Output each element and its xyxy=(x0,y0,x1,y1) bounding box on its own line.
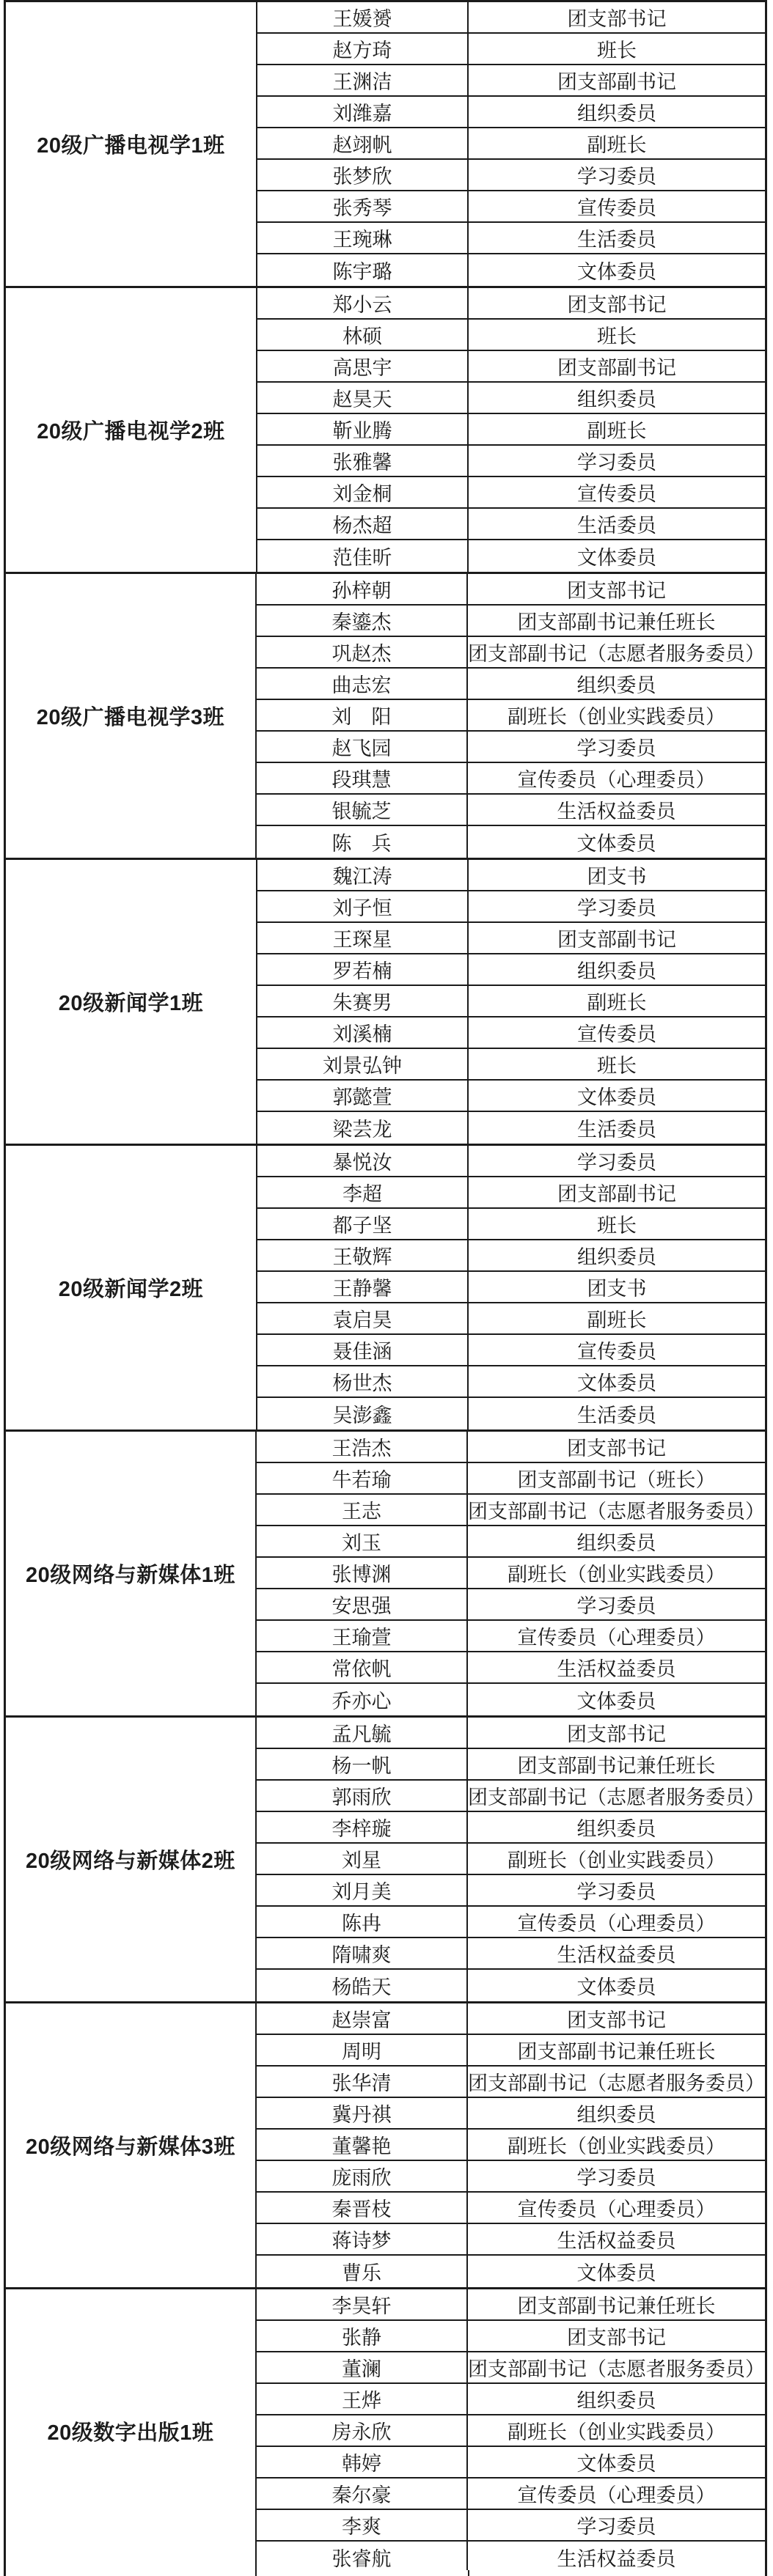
role-cell: 团支部书记 xyxy=(469,2,765,32)
role-cell: 组织委员 xyxy=(469,1240,765,1270)
student-name-cell: 陈 兵 xyxy=(257,826,468,858)
table-row: 魏江涛 团支书 xyxy=(257,860,765,891)
student-name-cell: 韩婷 xyxy=(257,2447,468,2477)
table-row: 张雅馨 学习委员 xyxy=(257,446,765,477)
role-cell: 组织委员 xyxy=(468,2098,765,2128)
student-name-cell: 李昊轩 xyxy=(257,2289,468,2319)
table-row: 赵翊帆 副班长 xyxy=(257,128,765,160)
role-cell: 生活委员 xyxy=(469,509,765,539)
table-row: 曹乐 文体委员 xyxy=(257,2256,765,2287)
student-name-cell: 范佳昕 xyxy=(257,540,469,572)
table-row: 常依帆 生活权益委员 xyxy=(257,1652,765,1684)
table-row: 朱赛男 副班长 xyxy=(257,986,765,1017)
class-name-cell: 20级网络与新媒体1班 xyxy=(6,1432,257,1715)
member-rows: 暴悦汝 学习委员 李超 团支部副书记 都子坚 班长 王敬辉 组织委员 王静馨 团… xyxy=(257,1146,765,1429)
role-cell: 团支部书记 xyxy=(469,288,765,318)
table-row: 李爽 学习委员 xyxy=(257,2510,765,2542)
role-cell: 宣传委员（心理委员） xyxy=(468,763,765,793)
table-row: 高思宇 团支部副书记 xyxy=(257,351,765,383)
role-cell: 团支书 xyxy=(469,1272,765,1302)
student-name-cell: 陈冉 xyxy=(257,1907,468,1937)
role-cell: 组织委员 xyxy=(468,2384,765,2414)
table-row: 孟凡毓 团支部书记 xyxy=(257,1718,765,1749)
column-divider-stub xyxy=(255,2570,257,2576)
role-cell: 团支部书记 xyxy=(468,574,765,604)
table-row: 陈 兵 文体委员 xyxy=(257,826,765,858)
student-name-cell: 牛若瑜 xyxy=(257,1463,468,1493)
table-row: 王瑜萱 宣传委员（心理委员） xyxy=(257,1621,765,1652)
role-cell: 团支部副书记（志愿者服务委员） xyxy=(468,2352,765,2382)
student-name-cell: 曲志宏 xyxy=(257,669,468,699)
student-name-cell: 王志 xyxy=(257,1495,468,1525)
student-name-cell: 郑小云 xyxy=(257,288,469,318)
role-cell: 团支部副书记兼任班长 xyxy=(468,1749,765,1779)
table-row: 段琪慧 宣传委员（心理委员） xyxy=(257,763,765,795)
table-row: 秦尔豪 宣传委员（心理委员） xyxy=(257,2479,765,2510)
student-name-cell: 赵昊天 xyxy=(257,383,469,413)
table-row: 聂佳涵 宣传委员 xyxy=(257,1335,765,1366)
role-cell: 班长 xyxy=(469,34,765,64)
table-row: 梁芸龙 生活委员 xyxy=(257,1112,765,1144)
table-row: 曲志宏 组织委员 xyxy=(257,669,765,700)
table-row: 张静 团支部书记 xyxy=(257,2321,765,2352)
role-cell: 团支部副书记 xyxy=(469,65,765,95)
role-cell: 副班长（创业实践委员） xyxy=(468,2130,765,2160)
table-row: 牛若瑜 团支部副书记（班长） xyxy=(257,1463,765,1495)
table-row: 刘溪楠 宣传委员 xyxy=(257,1017,765,1049)
student-name-cell: 刘潍嘉 xyxy=(257,97,469,127)
table-row: 赵昊天 组织委员 xyxy=(257,383,765,414)
table-row: 林硕 班长 xyxy=(257,320,765,351)
role-cell: 团支部副书记兼任班长 xyxy=(468,2289,765,2319)
table-row: 李昊轩 团支部副书记兼任班长 xyxy=(257,2289,765,2321)
student-name-cell: 秦鎏杰 xyxy=(257,606,468,636)
class-group: 20级新闻学1班 魏江涛 团支书 刘子恒 学习委员 王琛星 团支部副书记 罗若楠… xyxy=(6,860,765,1146)
role-cell: 学习委员 xyxy=(468,1589,765,1619)
table-row: 刘潍嘉 组织委员 xyxy=(257,97,765,128)
student-name-cell: 赵崇富 xyxy=(257,2003,468,2034)
table-row: 蒋诗梦 生活权益委员 xyxy=(257,2224,765,2256)
table-row: 隋啸爽 生活权益委员 xyxy=(257,1938,765,1970)
role-cell: 宣传委员（心理委员） xyxy=(468,2479,765,2509)
student-name-cell: 张秀琴 xyxy=(257,191,469,221)
table-row: 秦晋枝 宣传委员（心理委员） xyxy=(257,2193,765,2224)
role-cell: 副班长（创业实践委员） xyxy=(468,1558,765,1588)
table-row: 张博渊 副班长（创业实践委员） xyxy=(257,1558,765,1589)
student-name-cell: 杨世杰 xyxy=(257,1366,469,1396)
table-row: 赵方琦 班长 xyxy=(257,34,765,65)
role-cell: 组织委员 xyxy=(469,954,765,985)
student-name-cell: 秦尔豪 xyxy=(257,2479,468,2509)
table-row: 孙梓朝 团支部书记 xyxy=(257,574,765,606)
table-row: 秦鎏杰 团支部副书记兼任班长 xyxy=(257,606,765,637)
student-name-cell: 张博渊 xyxy=(257,1558,468,1588)
role-cell: 文体委员 xyxy=(468,2256,765,2287)
table-row: 李梓璇 组织委员 xyxy=(257,1812,765,1844)
role-cell: 学习委员 xyxy=(468,2161,765,2191)
student-name-cell: 杨杰超 xyxy=(257,509,469,539)
role-cell: 团支部副书记（志愿者服务委员） xyxy=(468,1495,765,1525)
table-row: 王渊洁 团支部副书记 xyxy=(257,65,765,97)
role-cell: 生活权益委员 xyxy=(468,2224,765,2254)
student-name-cell: 庞雨欣 xyxy=(257,2161,468,2191)
role-cell: 生活委员 xyxy=(469,223,765,253)
student-name-cell: 王浩杰 xyxy=(257,1432,468,1462)
table-row: 巩赵杰 团支部副书记（志愿者服务委员） xyxy=(257,637,765,669)
student-name-cell: 房永欣 xyxy=(257,2415,468,2446)
role-cell: 宣传委员 xyxy=(469,1017,765,1048)
student-name-cell: 靳业腾 xyxy=(257,414,469,444)
class-officer-roster-page: 20级广播电视学1班 王媛赟 团支部书记 赵方琦 班长 王渊洁 团支部副书记 刘… xyxy=(0,0,773,2576)
class-name-cell: 20级新闻学1班 xyxy=(6,860,257,1144)
role-cell: 组织委员 xyxy=(468,1812,765,1842)
role-cell: 宣传委员 xyxy=(469,1335,765,1365)
role-cell: 副班长 xyxy=(469,414,765,444)
table-row: 王琛星 团支部副书记 xyxy=(257,923,765,954)
role-cell: 生活委员 xyxy=(469,1112,765,1144)
role-cell: 团支部副书记 xyxy=(469,923,765,953)
student-name-cell: 冀丹祺 xyxy=(257,2098,468,2128)
class-group: 20级广播电视学1班 王媛赟 团支部书记 赵方琦 班长 王渊洁 团支部副书记 刘… xyxy=(6,2,765,288)
role-cell: 副班长（创业实践委员） xyxy=(468,1844,765,1874)
class-name-cell: 20级广播电视学2班 xyxy=(6,288,257,572)
role-cell: 副班长 xyxy=(469,986,765,1016)
role-cell: 文体委员 xyxy=(468,2447,765,2477)
role-cell: 组织委员 xyxy=(469,383,765,413)
role-cell: 学习委员 xyxy=(469,1146,765,1176)
table-row: 张梦欣 学习委员 xyxy=(257,160,765,191)
role-cell: 团支部副书记兼任班长 xyxy=(468,2035,765,2065)
table-row: 袁启昊 副班长 xyxy=(257,1303,765,1335)
student-name-cell: 赵飞园 xyxy=(257,732,468,762)
class-group: 20级广播电视学2班 郑小云 团支部书记 林硕 班长 高思宇 团支部副书记 赵昊… xyxy=(6,288,765,574)
role-cell: 班长 xyxy=(469,320,765,350)
student-name-cell: 秦晋枝 xyxy=(257,2193,468,2223)
table-row: 刘子恒 学习委员 xyxy=(257,891,765,923)
student-name-cell: 董馨艳 xyxy=(257,2130,468,2160)
student-name-cell: 魏江涛 xyxy=(257,860,469,890)
member-rows: 孙梓朝 团支部书记 秦鎏杰 团支部副书记兼任班长 巩赵杰 团支部副书记（志愿者服… xyxy=(257,574,765,858)
student-name-cell: 郭懿萱 xyxy=(257,1081,469,1111)
role-cell: 团支部副书记兼任班长 xyxy=(468,606,765,636)
role-cell: 团支部副书记 xyxy=(469,351,765,381)
table-row: 王媛赟 团支部书记 xyxy=(257,2,765,34)
table-row: 杨杰超 生活委员 xyxy=(257,509,765,540)
student-name-cell: 赵翊帆 xyxy=(257,128,469,158)
class-name-cell: 20级广播电视学3班 xyxy=(6,574,257,858)
table-row: 张秀琴 宣传委员 xyxy=(257,191,765,223)
student-name-cell: 刘溪楠 xyxy=(257,1017,469,1048)
table-row: 刘金桐 宣传委员 xyxy=(257,477,765,509)
table-row: 周明 团支部副书记兼任班长 xyxy=(257,2035,765,2067)
student-name-cell: 曹乐 xyxy=(257,2256,468,2287)
student-name-cell: 罗若楠 xyxy=(257,954,469,985)
student-name-cell: 杨皓天 xyxy=(257,1970,468,2001)
table-row: 乔亦心 文体委员 xyxy=(257,1684,765,1715)
table-row: 郭懿萱 文体委员 xyxy=(257,1081,765,1112)
table-row: 李超 团支部副书记 xyxy=(257,1177,765,1209)
role-cell: 团支书 xyxy=(469,860,765,890)
role-cell: 副班长（创业实践委员） xyxy=(468,2415,765,2446)
member-rows: 李昊轩 团支部副书记兼任班长 张静 团支部书记 董澜 团支部副书记（志愿者服务委… xyxy=(257,2289,765,2573)
student-name-cell: 孟凡毓 xyxy=(257,1718,468,1748)
class-group: 20级网络与新媒体2班 孟凡毓 团支部书记 杨一帆 团支部副书记兼任班长 郭雨欣… xyxy=(6,1718,765,2003)
role-cell: 文体委员 xyxy=(469,254,765,286)
student-name-cell: 周明 xyxy=(257,2035,468,2065)
student-name-cell: 刘 阳 xyxy=(257,700,468,730)
member-rows: 王媛赟 团支部书记 赵方琦 班长 王渊洁 团支部副书记 刘潍嘉 组织委员 赵翊帆… xyxy=(257,2,765,286)
class-group: 20级新闻学2班 暴悦汝 学习委员 李超 团支部副书记 都子坚 班长 王敬辉 组… xyxy=(6,1146,765,1432)
student-name-cell: 杨一帆 xyxy=(257,1749,468,1779)
table-row: 吴澎鑫 生活委员 xyxy=(257,1398,765,1429)
student-name-cell: 刘玉 xyxy=(257,1526,468,1556)
column-divider-stub xyxy=(468,2570,469,2576)
role-cell: 生活委员 xyxy=(469,1398,765,1429)
role-cell: 文体委员 xyxy=(469,1081,765,1111)
table-row: 杨皓天 文体委员 xyxy=(257,1970,765,2001)
table-row: 杨世杰 文体委员 xyxy=(257,1366,765,1398)
role-cell: 副班长（创业实践委员） xyxy=(468,700,765,730)
student-name-cell: 常依帆 xyxy=(257,1652,468,1682)
student-name-cell: 赵方琦 xyxy=(257,34,469,64)
role-cell: 学习委员 xyxy=(469,446,765,476)
class-name-cell: 20级新闻学2班 xyxy=(6,1146,257,1429)
student-name-cell: 梁芸龙 xyxy=(257,1112,469,1144)
student-name-cell: 张睿航 xyxy=(257,2542,468,2573)
student-name-cell: 张静 xyxy=(257,2321,468,2351)
role-cell: 文体委员 xyxy=(468,1970,765,2001)
table-row: 房永欣 副班长（创业实践委员） xyxy=(257,2415,765,2447)
student-name-cell: 刘金桐 xyxy=(257,477,469,507)
role-cell: 团支部书记 xyxy=(468,1432,765,1462)
student-name-cell: 郭雨欣 xyxy=(257,1781,468,1811)
student-name-cell: 巩赵杰 xyxy=(257,637,468,667)
student-name-cell: 林硕 xyxy=(257,320,469,350)
table-row: 安思强 学习委员 xyxy=(257,1589,765,1621)
role-cell: 组织委员 xyxy=(468,1526,765,1556)
table-row: 罗若楠 组织委员 xyxy=(257,954,765,986)
table-row: 王琬琳 生活委员 xyxy=(257,223,765,254)
role-cell: 团支部书记 xyxy=(468,1718,765,1748)
class-group: 20级网络与新媒体1班 王浩杰 团支部书记 牛若瑜 团支部副书记（班长） 王志 … xyxy=(6,1432,765,1718)
role-cell: 文体委员 xyxy=(468,1684,765,1715)
student-name-cell: 高思宇 xyxy=(257,351,469,381)
student-name-cell: 吴澎鑫 xyxy=(257,1398,469,1429)
member-rows: 郑小云 团支部书记 林硕 班长 高思宇 团支部副书记 赵昊天 组织委员 靳业腾 … xyxy=(257,288,765,572)
role-cell: 团支部副书记 xyxy=(469,1177,765,1207)
class-group: 20级网络与新媒体3班 赵崇富 团支部书记 周明 团支部副书记兼任班长 张华清 … xyxy=(6,2003,765,2289)
student-name-cell: 王渊洁 xyxy=(257,65,469,95)
table-row: 郭雨欣 团支部副书记（志愿者服务委员） xyxy=(257,1781,765,1812)
table-row: 杨一帆 团支部副书记兼任班长 xyxy=(257,1749,765,1781)
role-cell: 团支部书记 xyxy=(468,2003,765,2034)
table-row: 王烨 组织委员 xyxy=(257,2384,765,2415)
role-cell: 团支部副书记（班长） xyxy=(468,1463,765,1493)
role-cell: 文体委员 xyxy=(469,1366,765,1396)
table-row: 王志 团支部副书记（志愿者服务委员） xyxy=(257,1495,765,1526)
role-cell: 副班长 xyxy=(469,128,765,158)
class-name-cell: 20级数字出版1班 xyxy=(6,2289,257,2573)
table-row: 刘 阳 副班长（创业实践委员） xyxy=(257,700,765,732)
student-name-cell: 王琬琳 xyxy=(257,223,469,253)
student-name-cell: 李超 xyxy=(257,1177,469,1207)
table-row: 刘星 副班长（创业实践委员） xyxy=(257,1844,765,1875)
role-cell: 宣传委员（心理委员） xyxy=(468,2193,765,2223)
role-cell: 生活权益委员 xyxy=(468,2542,765,2573)
table-row: 王敬辉 组织委员 xyxy=(257,1240,765,1272)
role-cell: 组织委员 xyxy=(469,97,765,127)
role-cell: 组织委员 xyxy=(468,669,765,699)
table-row: 赵飞园 学习委员 xyxy=(257,732,765,763)
table-row: 张华清 团支部副书记（志愿者服务委员） xyxy=(257,2067,765,2098)
student-name-cell: 刘星 xyxy=(257,1844,468,1874)
student-name-cell: 刘月美 xyxy=(257,1875,468,1905)
student-name-cell: 王静馨 xyxy=(257,1272,469,1302)
role-cell: 学习委员 xyxy=(469,891,765,921)
table-row: 陈冉 宣传委员（心理委员） xyxy=(257,1907,765,1938)
student-name-cell: 朱赛男 xyxy=(257,986,469,1016)
table-row: 暴悦汝 学习委员 xyxy=(257,1146,765,1177)
class-name-cell: 20级网络与新媒体2班 xyxy=(6,1718,257,2001)
student-name-cell: 隋啸爽 xyxy=(257,1938,468,1968)
student-name-cell: 王媛赟 xyxy=(257,2,469,32)
member-rows: 赵崇富 团支部书记 周明 团支部副书记兼任班长 张华清 团支部副书记（志愿者服务… xyxy=(257,2003,765,2287)
table-row: 张睿航 生活权益委员 xyxy=(257,2542,765,2573)
student-name-cell: 张梦欣 xyxy=(257,160,469,190)
student-name-cell: 孙梓朝 xyxy=(257,574,468,604)
role-cell: 学习委员 xyxy=(468,1875,765,1905)
table-row: 都子坚 班长 xyxy=(257,1209,765,1240)
student-name-cell: 王瑜萱 xyxy=(257,1621,468,1651)
student-name-cell: 聂佳涵 xyxy=(257,1335,469,1365)
table-row: 银毓芝 生活权益委员 xyxy=(257,795,765,826)
student-name-cell: 王烨 xyxy=(257,2384,468,2414)
table-row: 董澜 团支部副书记（志愿者服务委员） xyxy=(257,2352,765,2384)
role-cell: 文体委员 xyxy=(468,826,765,858)
class-name-cell: 20级网络与新媒体3班 xyxy=(6,2003,257,2287)
role-cell: 副班长 xyxy=(469,1303,765,1333)
student-name-cell: 李爽 xyxy=(257,2510,468,2540)
table-row: 赵崇富 团支部书记 xyxy=(257,2003,765,2035)
table-row: 靳业腾 副班长 xyxy=(257,414,765,446)
student-name-cell: 陈宇璐 xyxy=(257,254,469,286)
table-row: 范佳昕 文体委员 xyxy=(257,540,765,572)
role-cell: 宣传委员 xyxy=(469,477,765,507)
role-cell: 团支部副书记（志愿者服务委员） xyxy=(468,637,765,667)
table-row: 冀丹祺 组织委员 xyxy=(257,2098,765,2130)
table-row: 庞雨欣 学习委员 xyxy=(257,2161,765,2193)
table-row: 刘玉 组织委员 xyxy=(257,1526,765,1558)
table-row: 刘月美 学习委员 xyxy=(257,1875,765,1907)
table-row: 董馨艳 副班长（创业实践委员） xyxy=(257,2130,765,2161)
role-cell: 宣传委员（心理委员） xyxy=(468,1621,765,1651)
role-cell: 班长 xyxy=(469,1049,765,1079)
member-rows: 王浩杰 团支部书记 牛若瑜 团支部副书记（班长） 王志 团支部副书记（志愿者服务… xyxy=(257,1432,765,1715)
table-row: 刘景弘钟 班长 xyxy=(257,1049,765,1081)
table-row: 韩婷 文体委员 xyxy=(257,2447,765,2479)
student-name-cell: 袁启昊 xyxy=(257,1303,469,1333)
student-name-cell: 李梓璇 xyxy=(257,1812,468,1842)
student-name-cell: 张雅馨 xyxy=(257,446,469,476)
table-row: 王浩杰 团支部书记 xyxy=(257,1432,765,1463)
class-name-cell: 20级广播电视学1班 xyxy=(6,2,257,286)
student-name-cell: 都子坚 xyxy=(257,1209,469,1239)
student-name-cell: 刘景弘钟 xyxy=(257,1049,469,1079)
student-name-cell: 安思强 xyxy=(257,1589,468,1619)
member-rows: 孟凡毓 团支部书记 杨一帆 团支部副书记兼任班长 郭雨欣 团支部副书记（志愿者服… xyxy=(257,1718,765,2001)
table-row: 王静馨 团支书 xyxy=(257,1272,765,1303)
role-cell: 班长 xyxy=(469,1209,765,1239)
student-name-cell: 刘子恒 xyxy=(257,891,469,921)
student-name-cell: 蒋诗梦 xyxy=(257,2224,468,2254)
class-group: 20级数字出版1班 李昊轩 团支部副书记兼任班长 张静 团支部书记 董澜 团支部… xyxy=(6,2289,765,2575)
role-cell: 生活权益委员 xyxy=(468,1938,765,1968)
student-name-cell: 暴悦汝 xyxy=(257,1146,469,1176)
role-cell: 宣传委员（心理委员） xyxy=(468,1907,765,1937)
student-name-cell: 银毓芝 xyxy=(257,795,468,825)
role-cell: 宣传委员 xyxy=(469,191,765,221)
member-rows: 魏江涛 团支书 刘子恒 学习委员 王琛星 团支部副书记 罗若楠 组织委员 朱赛男… xyxy=(257,860,765,1144)
role-cell: 学习委员 xyxy=(468,2510,765,2540)
student-name-cell: 王琛星 xyxy=(257,923,469,953)
role-cell: 团支部副书记（志愿者服务委员） xyxy=(468,2067,765,2097)
role-cell: 学习委员 xyxy=(469,160,765,190)
student-name-cell: 王敬辉 xyxy=(257,1240,469,1270)
student-name-cell: 张华清 xyxy=(257,2067,468,2097)
student-name-cell: 董澜 xyxy=(257,2352,468,2382)
student-name-cell: 段琪慧 xyxy=(257,763,468,793)
class-group: 20级广播电视学3班 孙梓朝 团支部书记 秦鎏杰 团支部副书记兼任班长 巩赵杰 … xyxy=(6,574,765,860)
role-cell: 文体委员 xyxy=(469,540,765,572)
role-cell: 学习委员 xyxy=(468,732,765,762)
cutoff-partial-row xyxy=(4,2570,767,2576)
class-officer-table: 20级广播电视学1班 王媛赟 团支部书记 赵方琦 班长 王渊洁 团支部副书记 刘… xyxy=(4,0,767,2575)
role-cell: 生活权益委员 xyxy=(468,795,765,825)
role-cell: 团支部书记 xyxy=(468,2321,765,2351)
role-cell: 生活权益委员 xyxy=(468,1652,765,1682)
student-name-cell: 乔亦心 xyxy=(257,1684,468,1715)
table-row: 郑小云 团支部书记 xyxy=(257,288,765,320)
role-cell: 团支部副书记（志愿者服务委员） xyxy=(468,1781,765,1811)
table-row: 陈宇璐 文体委员 xyxy=(257,254,765,286)
